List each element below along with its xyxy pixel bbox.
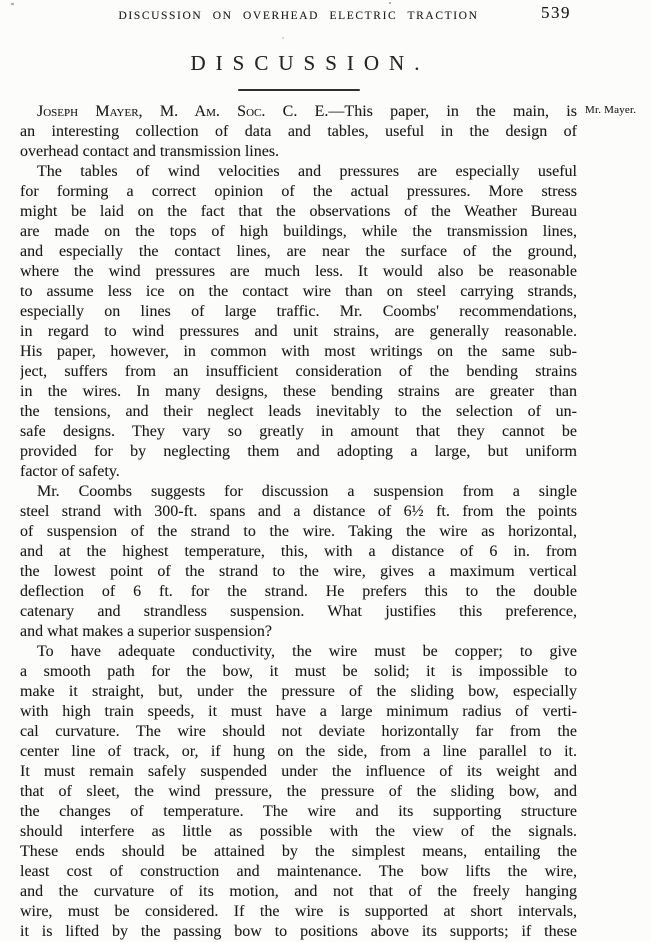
text-line: Mr. Coombs suggests for discussion a sus… (20, 482, 577, 502)
page-number: 539 (541, 3, 571, 23)
running-head: DISCUSSION ON OVERHEAD ELECTRIC TRACTION (20, 10, 577, 22)
text-line: least cost of construction and maintenan… (20, 862, 577, 882)
text-line: His paper, however, in common with most … (20, 342, 577, 362)
text-line: in regard to wind pressures and unit str… (20, 322, 577, 342)
text-line: provided for by neglecting them and adop… (20, 442, 577, 462)
text-line: To have adequate conductivity, the wire … (20, 642, 577, 662)
paragraph-wind-pressures: The tables of wind velocities and pressu… (20, 162, 577, 482)
text-line: with high train speeds, it must have a l… (20, 702, 577, 722)
text-line: ject, suffers from an insufficient consi… (20, 362, 577, 382)
text-line: for forming a correct opinion of the act… (20, 182, 577, 202)
text-line: The tables of wind velocities and pressu… (20, 162, 577, 182)
scan-speck (11, 3, 14, 5)
text-line: the changes of temperature. The wire and… (20, 802, 577, 822)
text-line: overhead contact and transmission lines. (20, 142, 577, 162)
lead-rest: —This paper, in the main, is (328, 103, 577, 120)
text-line: where the wind pressures are much less. … (20, 262, 577, 282)
section-title: DISCUSSION. (20, 51, 590, 76)
text-line: deflection of 6 ft. for the strand. He p… (20, 582, 577, 602)
text-line: and what makes a superior suspension? (20, 622, 577, 642)
text-line: make it straight, but, under the pressur… (20, 682, 577, 702)
paragraph-coombs-suspension: Mr. Coombs suggests for discussion a sus… (20, 482, 577, 642)
text-line: especially on lines of large traffic. Mr… (20, 302, 577, 322)
scan-speck (389, 2, 391, 4)
text-line: an interesting collection of data and ta… (20, 122, 577, 142)
book-page: DISCUSSION ON OVERHEAD ELECTRIC TRACTION… (0, 0, 650, 942)
text-line: and at the highest temperature, this, wi… (20, 542, 577, 562)
text-line: steel strand with 300-ft. spans and a di… (20, 502, 577, 522)
text-line: and the curvature of its motion, and not… (20, 882, 577, 902)
text-line: in the wires. In many designs, these ben… (20, 382, 577, 402)
text-line: the tensions, and their neglect leads in… (20, 402, 577, 422)
paragraph-opening: Joseph Mayer, M. Am. Soc. C. E.—This pap… (20, 102, 577, 162)
text-line: safe designs. They vary so greatly in am… (20, 422, 577, 442)
text-line: might be laid on the fact that the obser… (20, 202, 577, 222)
text-line: catenary and strandless suspension. What… (20, 602, 577, 622)
text-line: center line of track, or, if hung on the… (20, 742, 577, 762)
text-line: should interfere as little as possible w… (20, 822, 577, 842)
page-body: Joseph Mayer, M. Am. Soc. C. E.—This pap… (20, 102, 577, 942)
scan-speck (282, 37, 284, 39)
text-line: it is lifted by the passing bow to posit… (20, 922, 577, 942)
text-line: the lowest point of the strand to the wi… (20, 562, 577, 582)
text-line: are made on the tops of high buildings, … (20, 222, 577, 242)
text-line: wire, must be considered. If the wire is… (20, 902, 577, 922)
text-line: of suspension of the strand to the wire.… (20, 522, 577, 542)
text-line: cal curvature. The wire should not devia… (20, 722, 577, 742)
paragraph-wire-requirements: To have adequate conductivity, the wire … (20, 642, 577, 942)
text-line: a smooth path for the bow, it must be so… (20, 662, 577, 682)
text-line: Joseph Mayer, M. Am. Soc. C. E.—This pap… (20, 102, 577, 122)
title-rule-divider (238, 89, 360, 91)
margin-note: Mr. Mayer. (585, 104, 649, 117)
text-line: It must remain safely suspended under th… (20, 762, 577, 782)
text-line: to assume less ice on the contact wire t… (20, 282, 577, 302)
text-line: These ends should be attained by the sim… (20, 842, 577, 862)
text-line: that of sleet, the wind pressure, the pr… (20, 782, 577, 802)
speaker-name: Joseph Mayer, M. Am. Soc. C. E. (37, 103, 328, 120)
text-line: factor of safety. (20, 462, 577, 482)
text-line: and especially the contact lines, are ne… (20, 242, 577, 262)
